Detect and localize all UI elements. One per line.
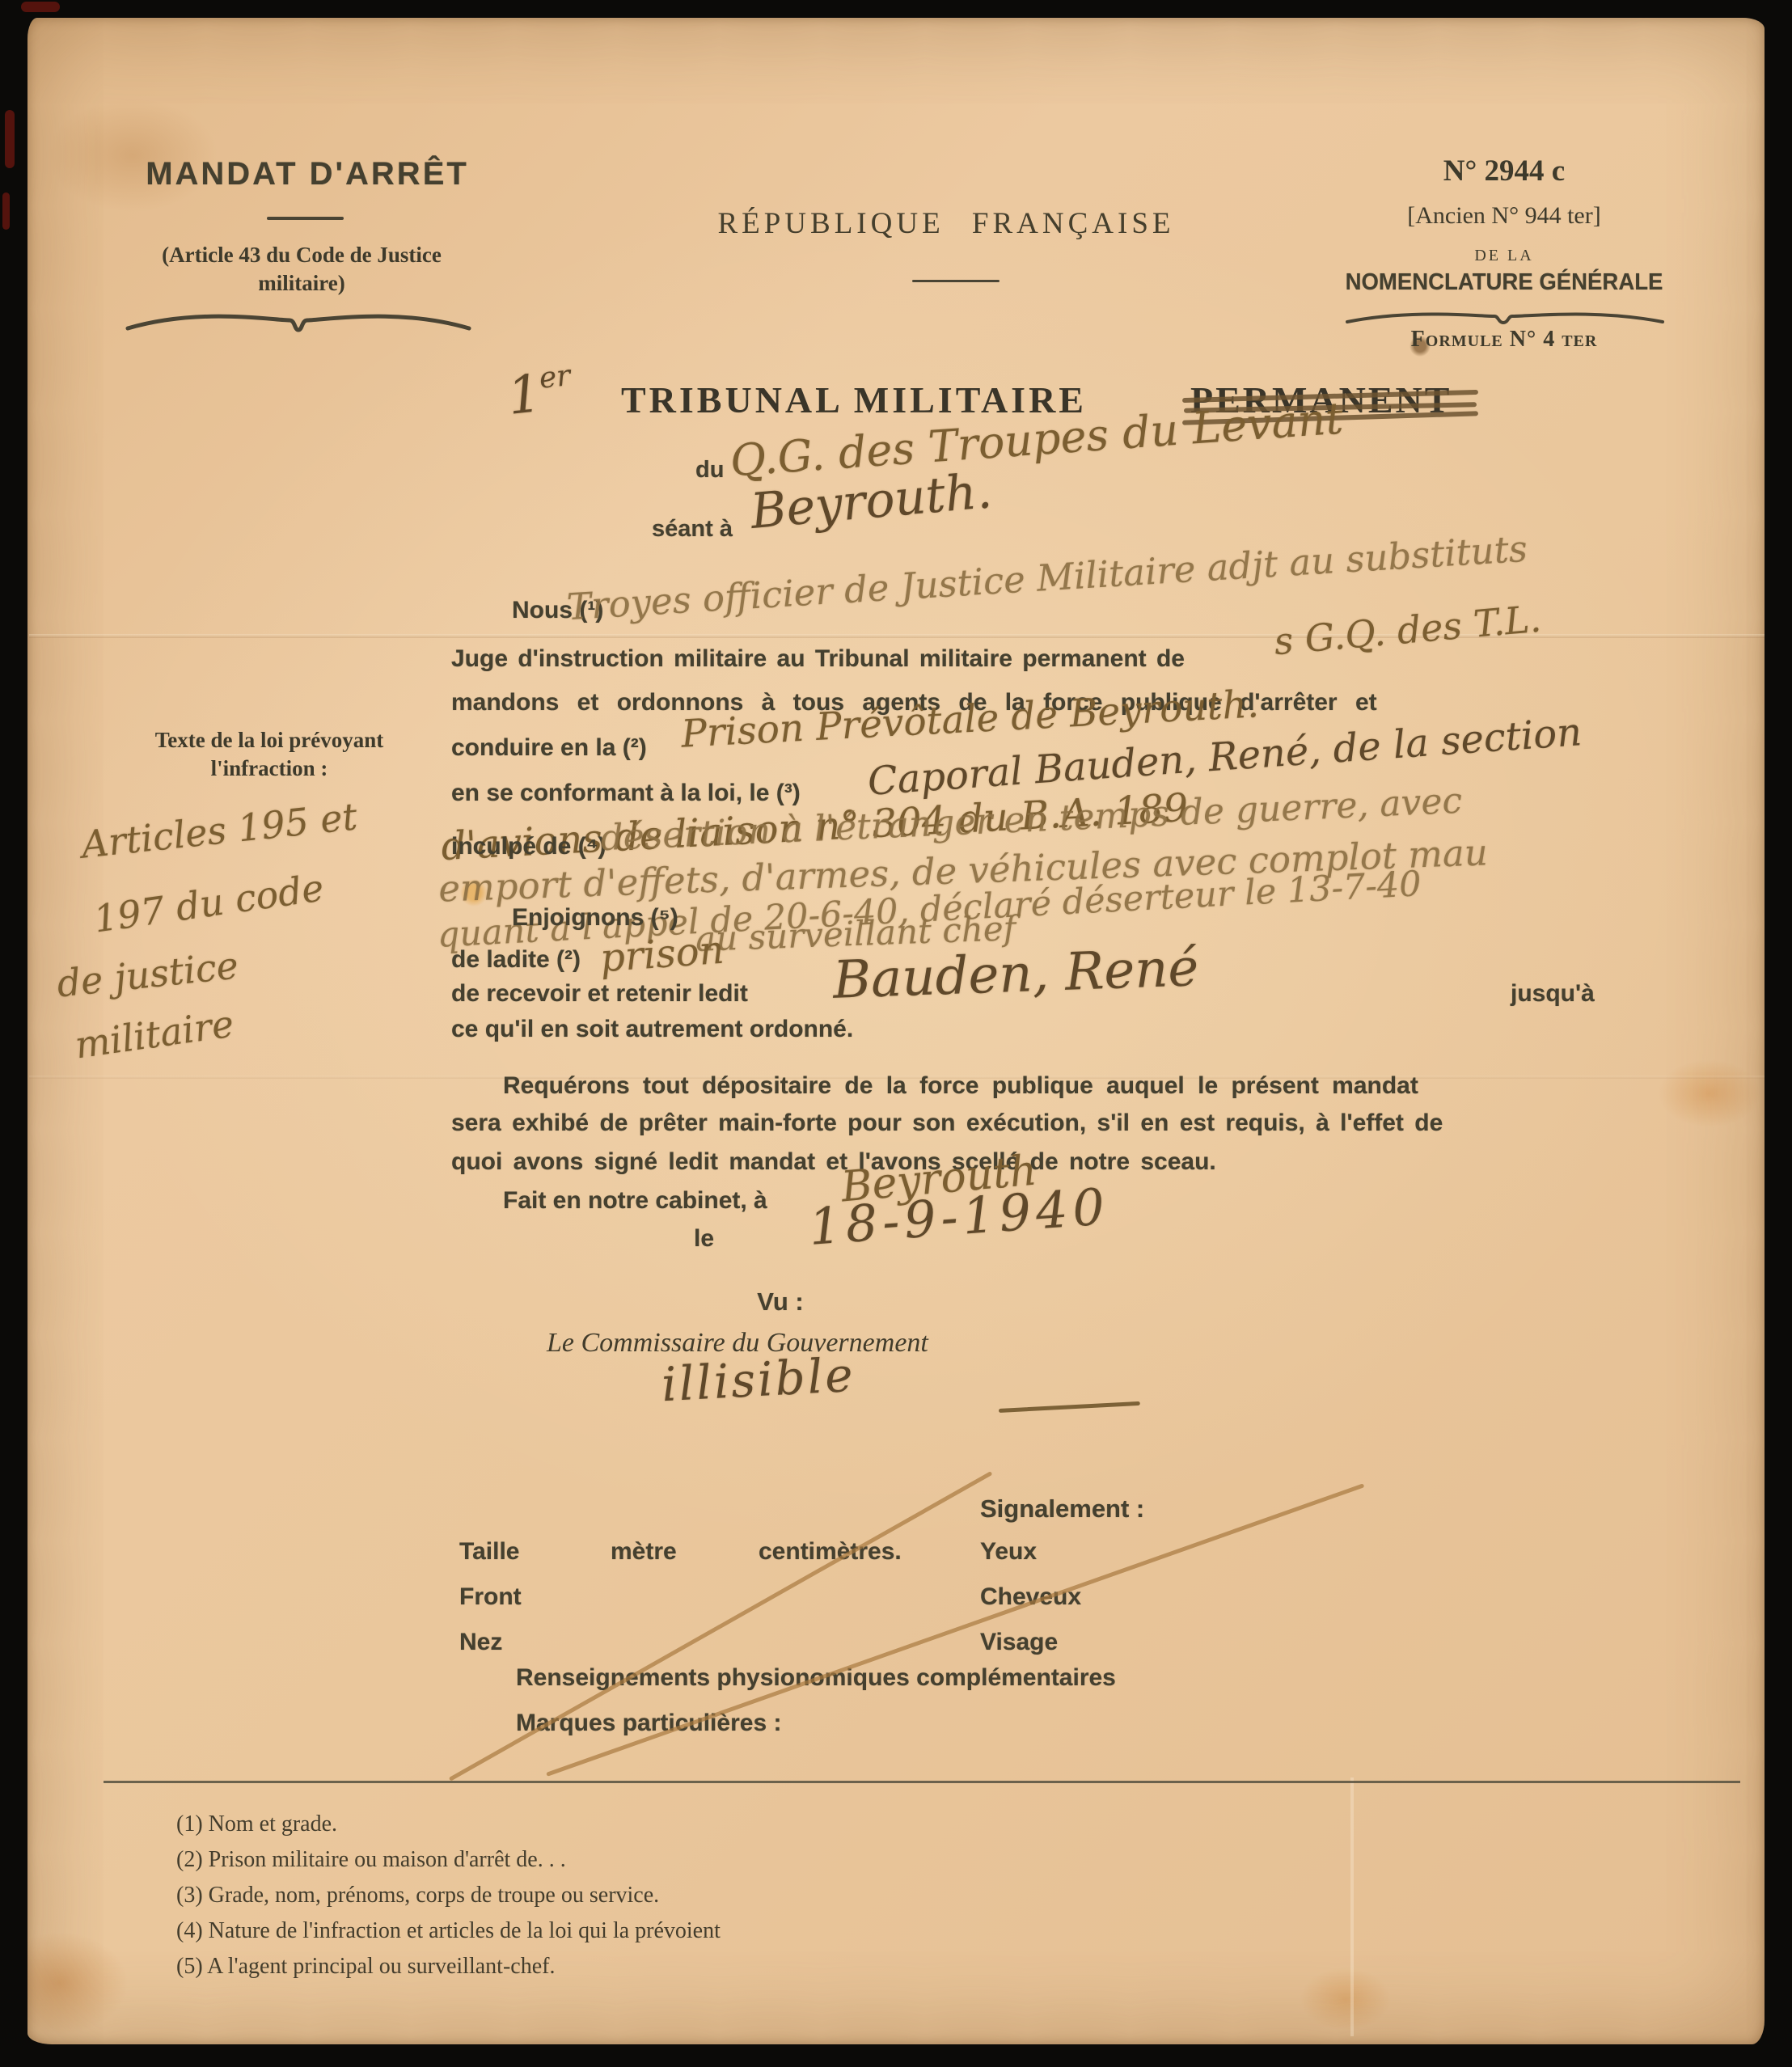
juge-instruction-line: Juge d'instruction militaire au Tribunal… xyxy=(451,645,1185,673)
signalement-title: Signalement : xyxy=(980,1494,1144,1524)
footnote-separator xyxy=(104,1781,1740,1783)
fait-label: Fait en notre cabinet, à xyxy=(503,1187,767,1215)
recevoir-label: de recevoir et retenir ledit xyxy=(451,980,748,1008)
frame-smudge xyxy=(2,192,10,230)
signalement-metre: mètre xyxy=(611,1538,677,1566)
title-rule xyxy=(267,217,344,220)
requisition-line2: sera exhibé de prêter main-forte pour so… xyxy=(451,1110,1443,1137)
form-formule: Formule N° 4 ter xyxy=(1326,327,1682,353)
form-number: N° 2944 c xyxy=(1326,154,1682,188)
vu-label: Vu : xyxy=(732,1287,829,1317)
ordinal-suffix: er xyxy=(538,359,573,395)
brace-ornament xyxy=(123,302,474,336)
law-note-label-line1: Texte de la loi prévoyant xyxy=(104,728,435,753)
frame-smudge xyxy=(21,2,60,12)
handwritten-ladite-prison: prison xyxy=(598,928,725,982)
seant-label: séant à xyxy=(652,516,733,543)
requisition-line1: Requérons tout dépositaire de la force p… xyxy=(503,1072,1418,1100)
enjoignons-label: Enjoignons (⁵) xyxy=(512,904,678,932)
ladite-label: de ladite (²) xyxy=(451,946,581,974)
requisition-line3: quoi avons signé ledit mandat et l'avons… xyxy=(451,1148,1216,1176)
ordonne-line: ce qu'il en soit autrement ordonné. xyxy=(451,1016,853,1043)
signalement-visage: Visage xyxy=(980,1629,1058,1656)
signalement-front: Front xyxy=(459,1583,522,1611)
handwritten-tribunal-ordinal: 1er xyxy=(505,359,575,427)
law-note-label-line2: l'infraction : xyxy=(104,756,435,781)
marques-label: Marques particulières : xyxy=(516,1710,781,1737)
footnote-1: (1) Nom et grade. xyxy=(176,1811,337,1837)
footnote-2: (2) Prison militaire ou maison d'arrêt d… xyxy=(176,1847,566,1873)
article-reference-line1: (Article 43 du Code de Justice xyxy=(112,243,492,268)
conduire-label: conduire en la (²) xyxy=(451,734,647,762)
conformant-label: en se conformant à la loi, le (³) xyxy=(451,780,801,807)
jusqua-label: jusqu'à xyxy=(1511,980,1595,1008)
signalement-taille: Taille xyxy=(459,1538,519,1566)
handwritten-detainee-name: Bauden, René xyxy=(832,938,1200,1011)
republique-rule xyxy=(912,280,1000,282)
fold-crease xyxy=(1350,1777,1354,2036)
inculpe-label: inculpé de (⁴) xyxy=(451,833,606,860)
brace-ornament xyxy=(1344,306,1666,327)
signalement-nez: Nez xyxy=(459,1629,502,1656)
republique-heading: RÉPUBLIQUE FRANÇAISE xyxy=(639,206,1253,241)
signalement-yeux: Yeux xyxy=(980,1538,1037,1566)
handwritten-signature: illisible xyxy=(660,1347,856,1412)
frame-smudge xyxy=(5,110,15,168)
document-title: MANDAT D'ARRÊT xyxy=(121,156,493,192)
footnote-5: (5) A l'agent principal ou surveillant-c… xyxy=(176,1954,555,1980)
form-de-la: DE LA xyxy=(1326,247,1682,265)
scanned-warrant-document: MANDAT D'ARRÊT (Article 43 du Code de Ju… xyxy=(0,0,1792,2067)
form-nomenclature: NOMENCLATURE GÉNÉRALE xyxy=(1335,269,1673,296)
du-label: du xyxy=(695,457,724,484)
le-label: le xyxy=(694,1225,714,1253)
form-old-number: [Ancien N° 944 ter] xyxy=(1326,202,1682,230)
article-reference-line2: militaire) xyxy=(112,271,492,296)
footnote-4: (4) Nature de l'infraction et articles d… xyxy=(176,1918,721,1944)
footnote-3: (3) Grade, nom, prénoms, corps de troupe… xyxy=(176,1883,659,1908)
